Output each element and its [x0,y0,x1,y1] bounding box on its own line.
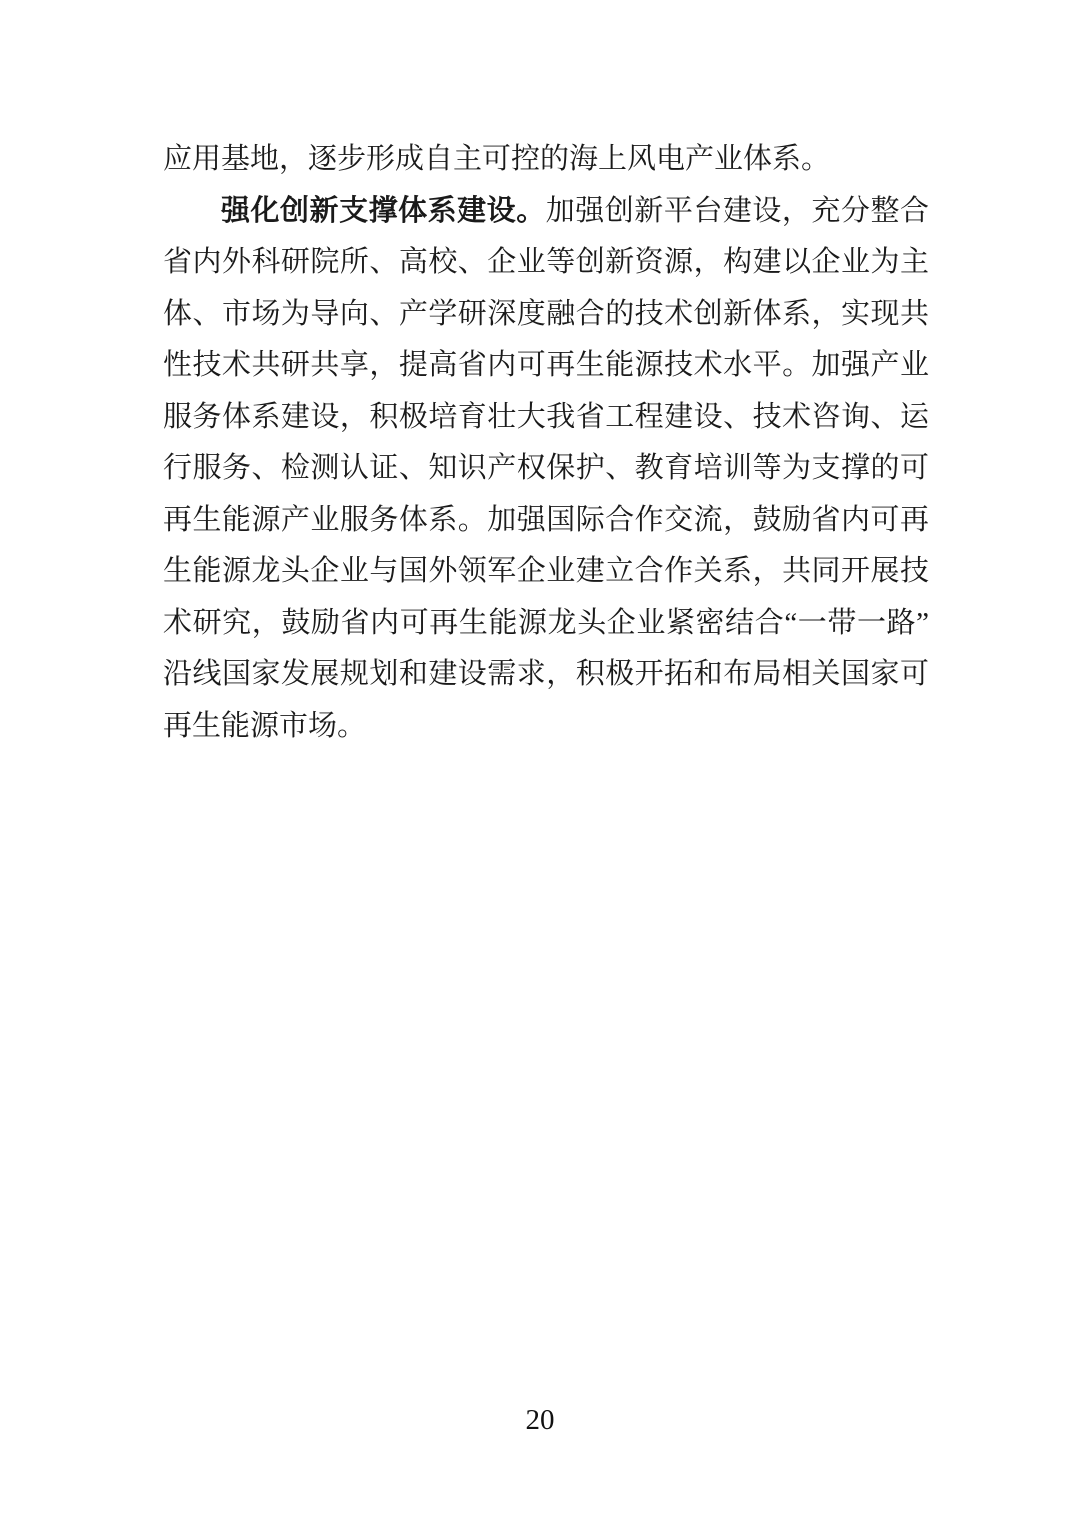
text-line: 再生能源产业服务体系。加强国际合作交流，鼓励省内可再 [163,495,929,547]
document-body: 应用基地，逐步形成自主可控的海上风电产业体系。 强化创新支撑体系建设。加强创新平… [163,134,929,752]
text-line: 再生能源市场。 [163,701,929,753]
text-line-text: 再生能源市场。 [163,710,366,742]
text-line-text: 性技术共研共享，提高省内可再生能源技术水平。加强产业 [163,349,929,381]
text-line: 省内外科研院所、高校、企业等创新资源，构建以企业为主 [163,237,929,289]
text-line: 术研究，鼓励省内可再生能源龙头企业紧密结合“一带一路” [163,598,929,650]
text-line-text: 应用基地，逐步形成自主可控的海上风电产业体系。 [163,143,830,175]
text-line: 性技术共研共享，提高省内可再生能源技术水平。加强产业 [163,340,929,392]
text-line-text: 服务体系建设，积极培育壮大我省工程建设、技术咨询、运 [163,401,929,433]
text-line-text: 行服务、检测认证、知识产权保护、教育培训等为支撑的可 [163,452,929,484]
text-line-text: 生能源龙头企业与国外领军企业建立合作关系，共同开展技 [163,555,929,587]
paragraph-heading: 强化创新支撑体系建设。 [221,195,546,227]
text-line-text: 再生能源产业服务体系。加强国际合作交流，鼓励省内可再 [163,504,929,536]
text-line-text: 术研究，鼓励省内可再生能源龙头企业紧密结合“一带一路” [163,607,929,639]
text-line-text: 沿线国家发展规划和建设需求，积极开拓和布局相关国家可 [163,658,929,690]
page-number: 20 [0,1402,1080,1438]
text-line: 行服务、检测认证、知识产权保护、教育培训等为支撑的可 [163,443,929,495]
text-line: 强化创新支撑体系建设。加强创新平台建设，充分整合 [163,186,929,238]
text-line: 体、市场为导向、产学研深度融合的技术创新体系，实现共 [163,289,929,341]
text-line: 应用基地，逐步形成自主可控的海上风电产业体系。 [163,134,929,186]
text-line-text: 加强创新平台建设，充分整合 [546,195,929,227]
text-line-text: 省内外科研院所、高校、企业等创新资源，构建以企业为主 [163,246,929,278]
text-line-text: 体、市场为导向、产学研深度融合的技术创新体系，实现共 [163,298,929,330]
text-line: 沿线国家发展规划和建设需求，积极开拓和布局相关国家可 [163,649,929,701]
text-line: 生能源龙头企业与国外领军企业建立合作关系，共同开展技 [163,546,929,598]
text-line: 服务体系建设，积极培育壮大我省工程建设、技术咨询、运 [163,392,929,444]
